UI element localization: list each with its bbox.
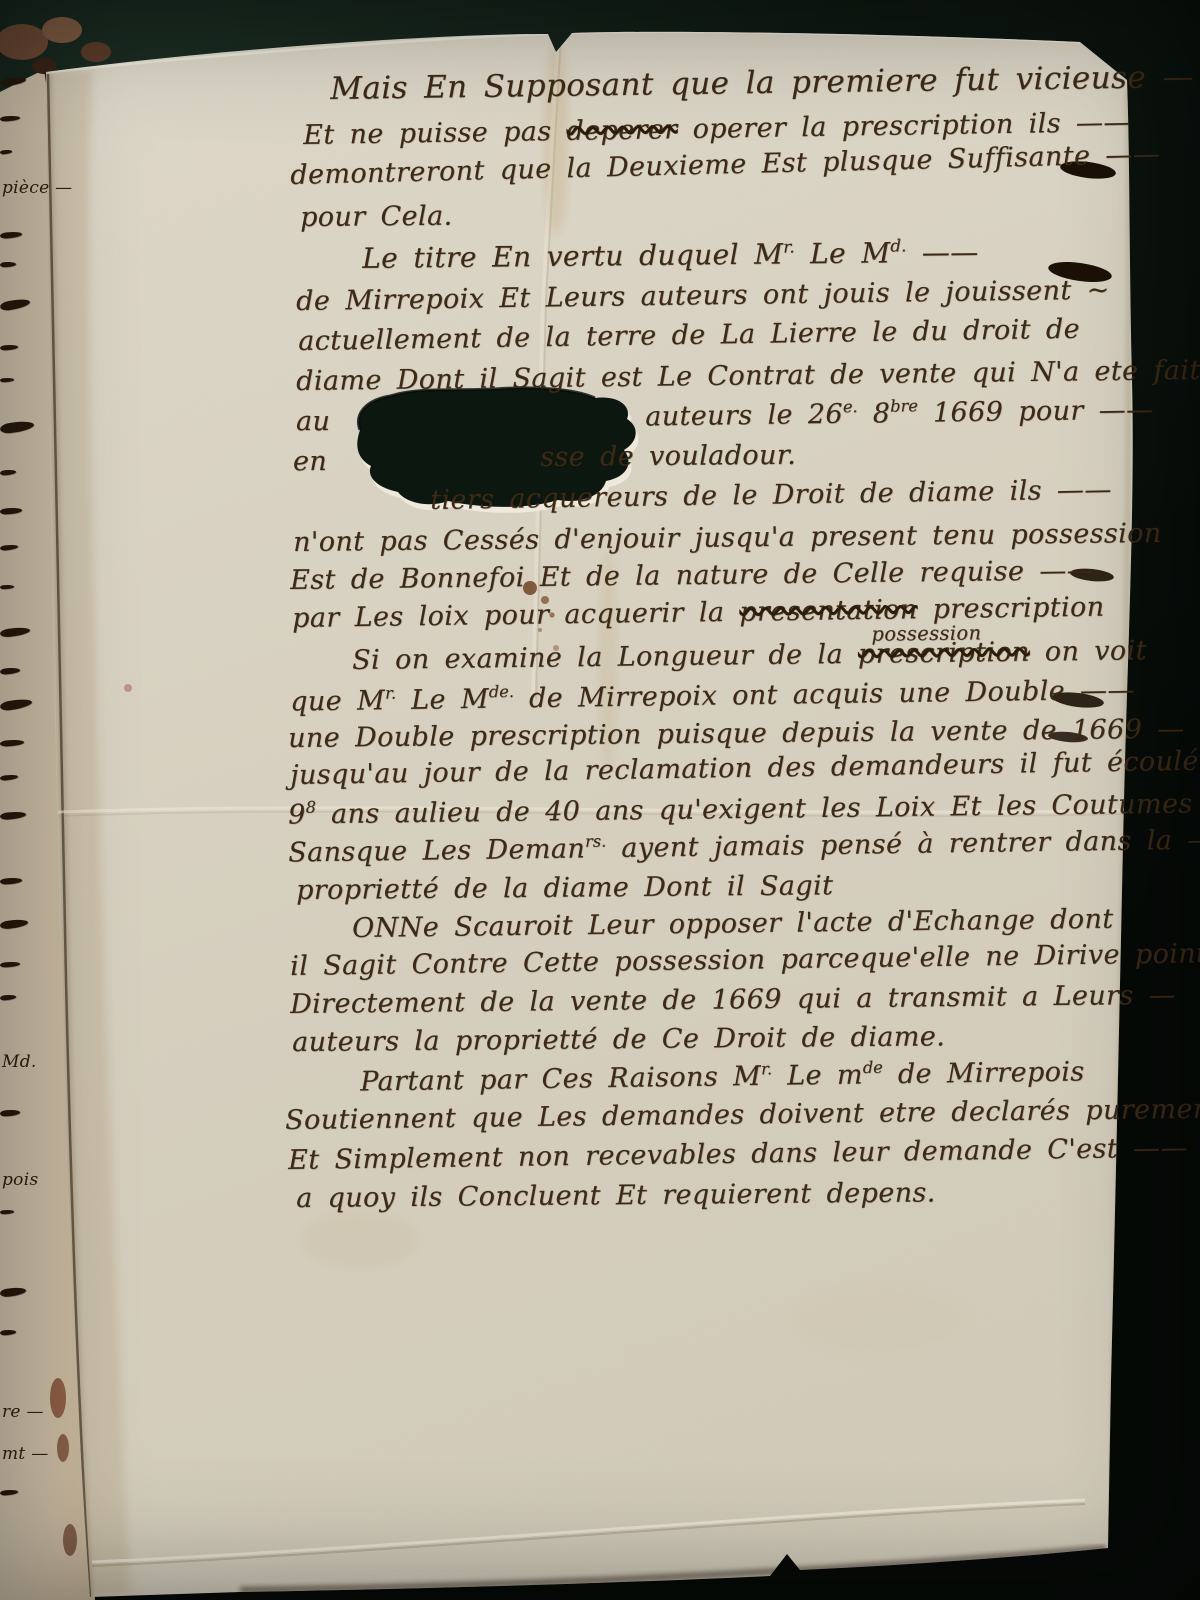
manuscript-line: au	[296, 408, 330, 435]
manuscript-line: Mais En Supposant que la premiere fut vi…	[330, 62, 1194, 105]
manuscript-line: diame Dont il Sagit est Le Contrat de ve…	[296, 357, 1200, 395]
manuscript-line: proprietté de la diame Dont il Sagit	[296, 872, 833, 904]
manuscript-line: jusqu'au jour de la reclamation des dema…	[290, 748, 1199, 789]
manuscript-line: 98 ans aulieu de 40 ans qu'exigent les L…	[288, 789, 1193, 829]
manuscript-line: de Mirrepoix Et Leurs auteurs ont jouis …	[296, 277, 1110, 315]
manuscript-line: une Double prescription puisque depuis l…	[288, 716, 1185, 752]
manuscript-line: Soutiennent que Les demandes doivent etr…	[285, 1096, 1200, 1134]
manuscript-line: ONNe Scauroit Leur opposer l'acte d'Echa…	[352, 906, 1114, 942]
manuscript-line: a quoy ils Concluent Et requierent depen…	[296, 1179, 936, 1212]
manuscript-line: Le titre En vertu duquel Mr. Le Md. ——	[362, 237, 979, 273]
manuscript-line: en	[293, 448, 327, 475]
manuscript-line: auteurs le 26e. 8bre 1669 pour ——	[645, 395, 1154, 431]
manuscript-line: par Les loix pour acquerir la presentati…	[292, 594, 1105, 632]
manuscript-line: Est de Bonnefoi Et de la nature de Celle…	[290, 557, 1094, 594]
corrected-word: possessionprescription	[858, 639, 1030, 668]
manuscript-line: Et Simplement non recevables dans leur d…	[288, 1134, 1188, 1174]
manuscript-line: n'ont pas Cessés d'enjouir jusqu'a prese…	[293, 520, 1162, 556]
manuscript-text: Mais En Supposant que la premiere fut vi…	[0, 0, 1200, 1600]
manuscript-line: Si on examine la Longueur de la possessi…	[352, 637, 1147, 674]
manuscript-line: actuellement de la terre de La Lierre le…	[298, 316, 1080, 355]
manuscript-line: sse de vouladour.	[540, 442, 796, 471]
manuscript-line: il Sagit Contre Cette possession parcequ…	[290, 940, 1200, 980]
photograph-of-manuscript: pièce —Md.poisre —mt — Mais En Supposant…	[0, 0, 1200, 1600]
manuscript-line: pour Cela.	[300, 203, 453, 231]
manuscript-line: tiers acquereurs de le Droit de diame il…	[430, 476, 1112, 514]
manuscript-line: auteurs la proprietté de Ce Droit de dia…	[292, 1023, 945, 1056]
manuscript-line: Directement de la vente de 1669 qui a tr…	[290, 982, 1176, 1018]
manuscript-line: Partant par Ces Raisons Mr. Le mde de Mi…	[360, 1057, 1085, 1096]
manuscript-line: Sansque Les Demanrs. ayent jamais pensé …	[288, 825, 1200, 866]
manuscript-line: que Mr. Le Mde. de Mirrepoix ont acquis …	[290, 675, 1135, 715]
